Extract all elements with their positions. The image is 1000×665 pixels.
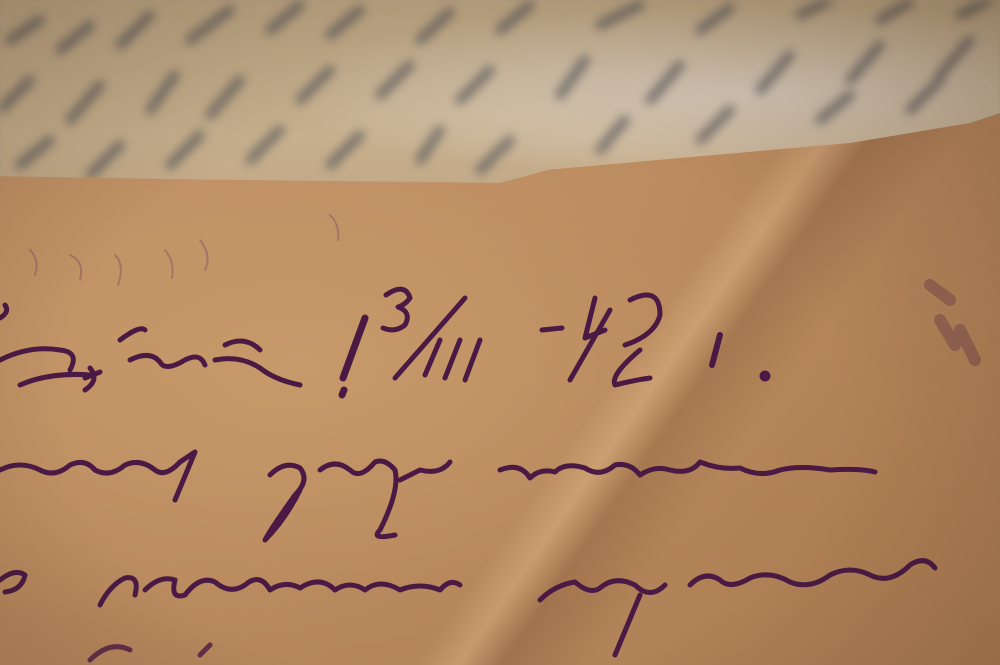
handwriting [0,0,1000,665]
photograph: …учте 13/III-42 г. 13/III-42 г. …ского у… [0,0,1000,665]
